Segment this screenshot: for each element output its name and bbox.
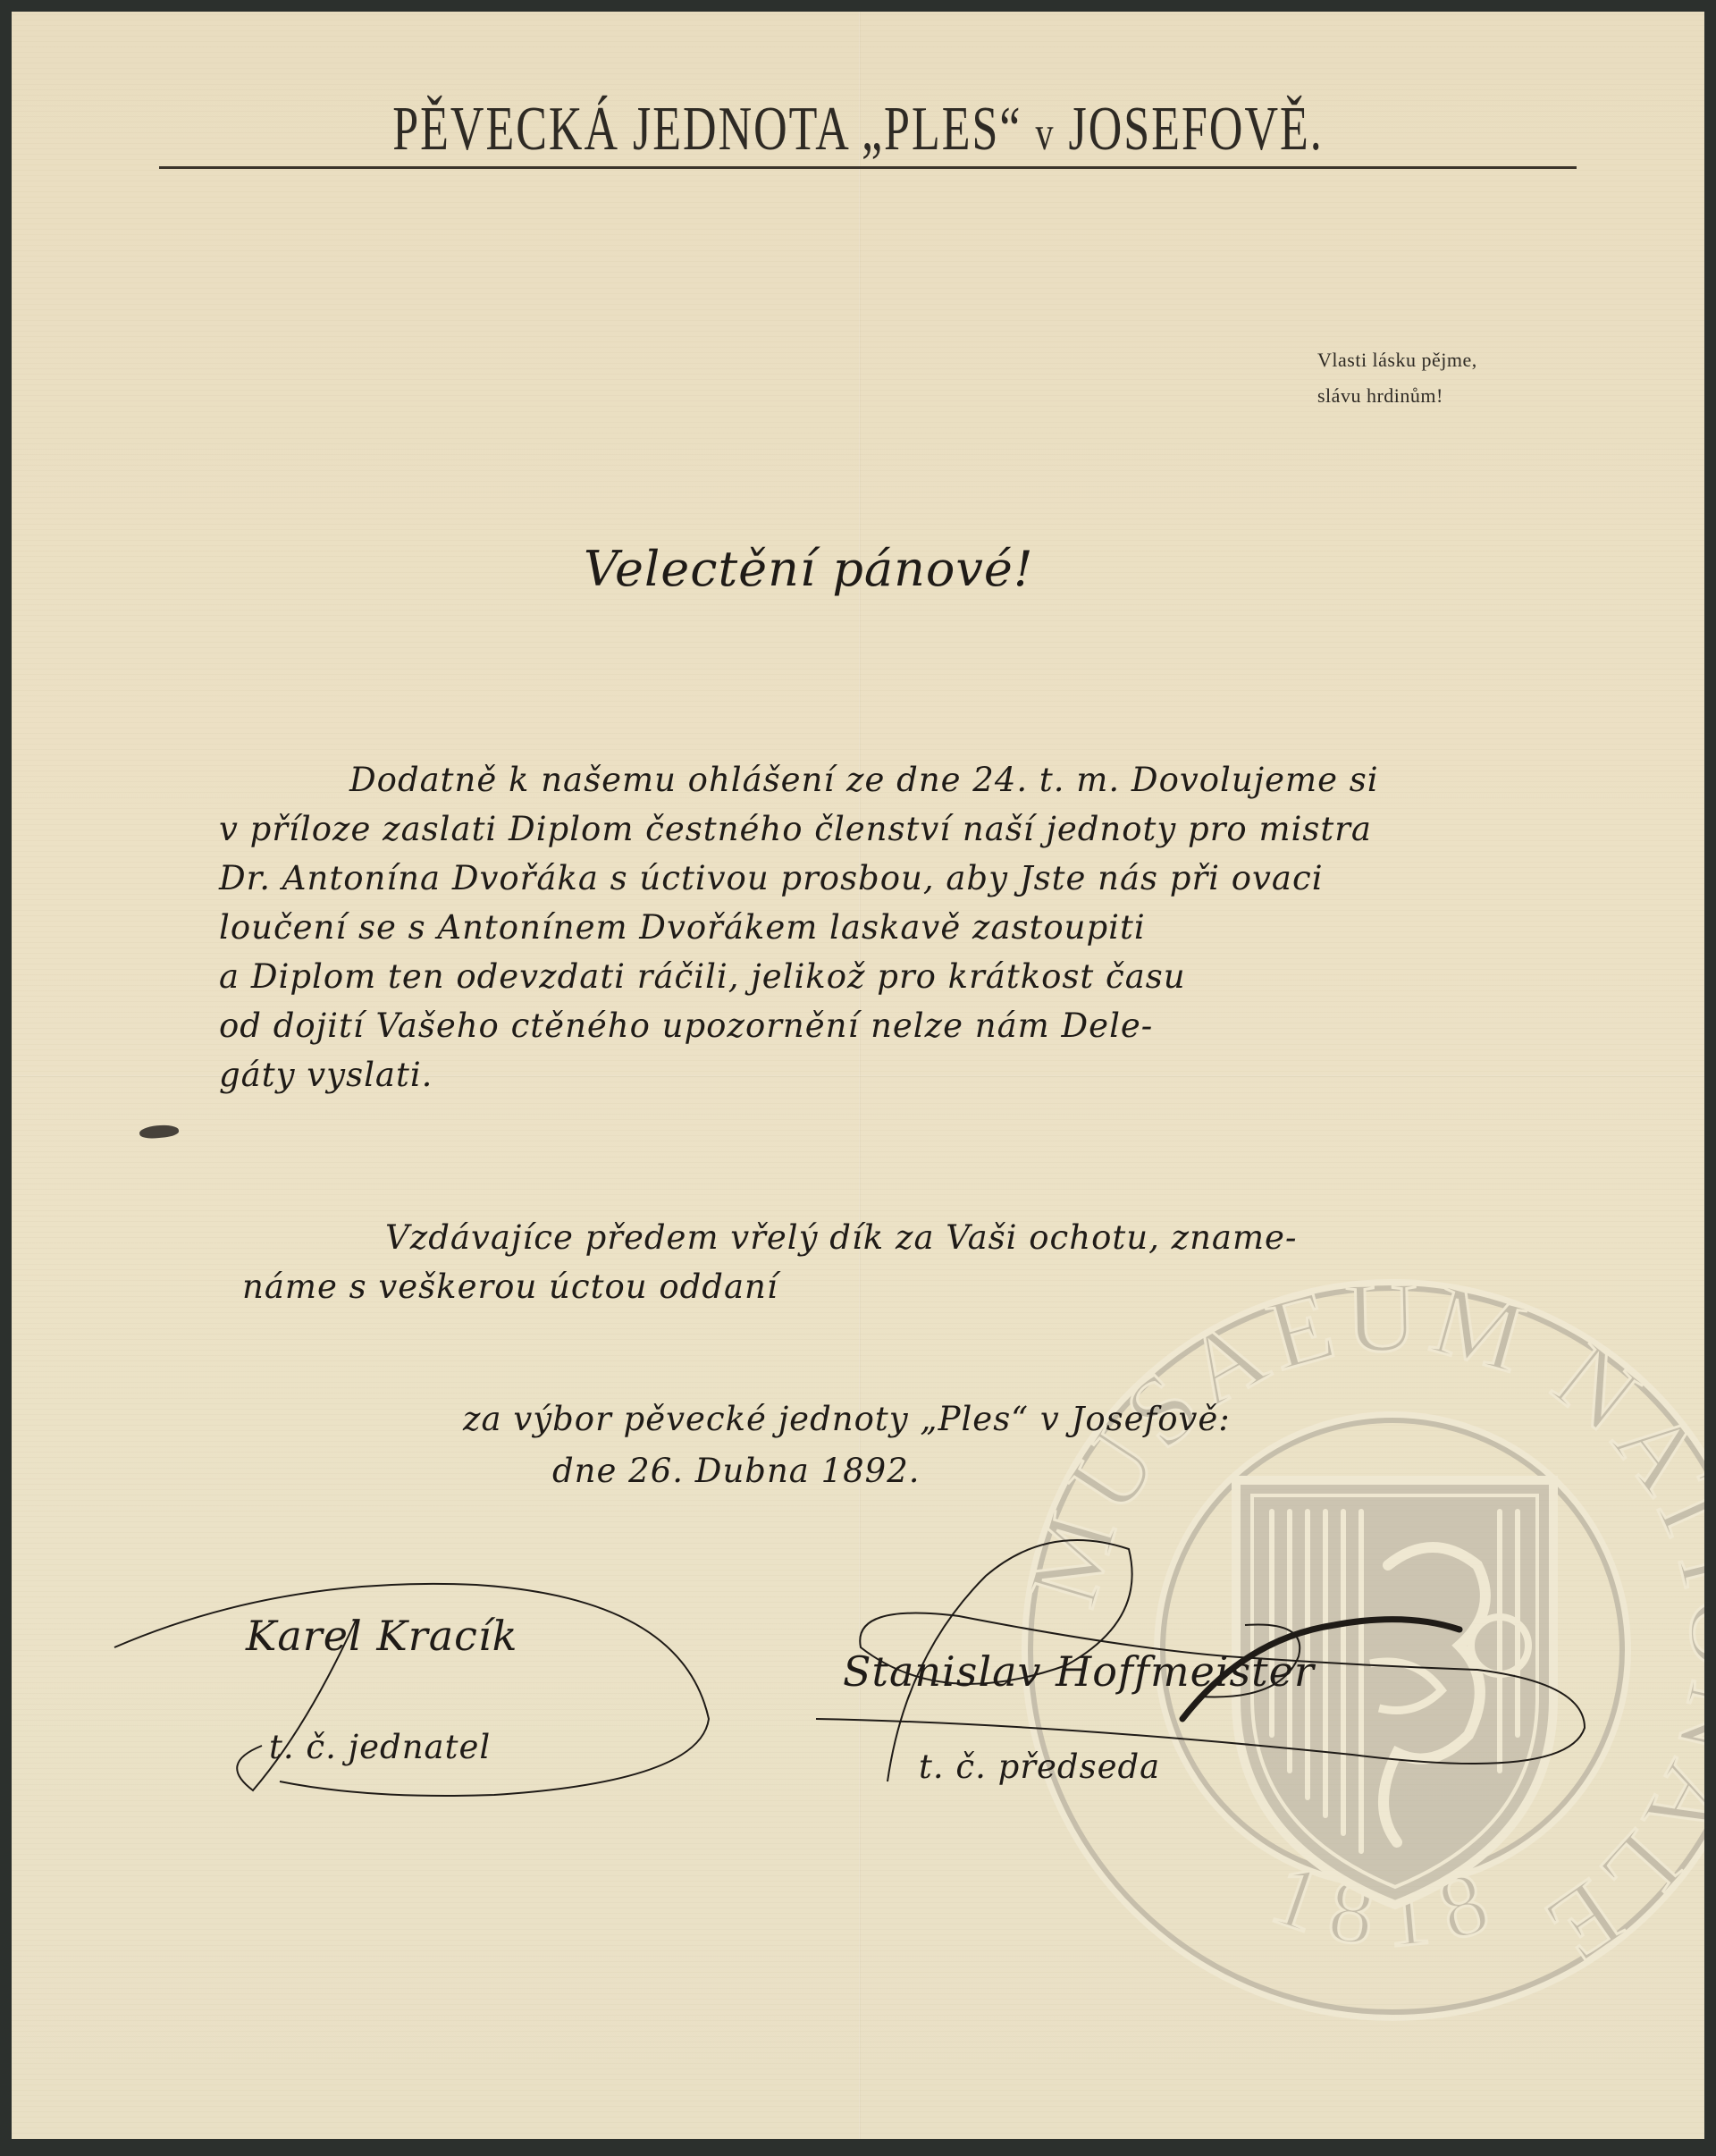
signature-name-2: Stanislav Hoffmeister — [843, 1647, 1315, 1696]
letterhead-title-v: v — [1036, 106, 1056, 161]
body-line: Dr. Antonína Dvořáka s úctivou prosbou, … — [219, 859, 1324, 897]
seal-text: MUSAEUM NATIONALE — [1013, 1270, 1704, 1988]
document-page: PĚVECKÁ JEDNOTA „PLES“ v JOSEFOVĚ. Vlast… — [12, 12, 1704, 2139]
letterhead-divider — [159, 166, 1577, 169]
body-line: od dojití Vašeho ctěného upozornění nelz… — [219, 1006, 1153, 1045]
letterhead-title-part1: PĚVECKÁ JEDNOTA „PLES“ — [392, 95, 1022, 164]
letterhead-title-part2: JOSEFOVĚ. — [1069, 95, 1324, 164]
svg-text:MUSAEUM NATIONALE: MUSAEUM NATIONALE — [1013, 1270, 1704, 1988]
body-line: a Diplom ten odevzdati ráčili, jelikož p… — [219, 957, 1186, 996]
letterhead-title: PĚVECKÁ JEDNOTA „PLES“ v JOSEFOVĚ. — [12, 94, 1704, 165]
body-line: náme s veškerou úctou oddaní — [242, 1267, 778, 1306]
signature-name-1: Karel Kracík — [246, 1612, 517, 1660]
body-line: v příloze zaslati Diplom čestného členst… — [219, 810, 1372, 848]
closing-line-committee: za výbor pěvecké jednoty „Ples“ v Josefo… — [463, 1400, 1231, 1438]
seal-year: 1818 — [1260, 1843, 1517, 1966]
body-line: Vzdávajíce předem vřelý dík za Vaši ocho… — [385, 1218, 1297, 1257]
svg-text:1818: 1818 — [1260, 1843, 1517, 1966]
closing-line-date: dne 26. Dubna 1892. — [552, 1452, 921, 1490]
motto-line-2: slávu hrdinům! — [1317, 378, 1477, 414]
body-line: loučení se s Antonínem Dvořákem laskavě … — [219, 908, 1146, 947]
body-line: gáty vyslati. — [219, 1056, 433, 1094]
signature-role-2: t. č. předseda — [919, 1748, 1160, 1786]
motto: Vlasti lásku pějme, slávu hrdinům! — [1317, 342, 1477, 414]
body-line: Dodatně k našemu ohlášení ze dne 24. t. … — [349, 761, 1379, 799]
motto-line-1: Vlasti lásku pějme, — [1317, 342, 1477, 378]
ink-blot — [139, 1124, 179, 1141]
signature-role-1: t. č. jednatel — [269, 1728, 491, 1766]
salutation: Velectění pánové! — [584, 541, 1034, 597]
